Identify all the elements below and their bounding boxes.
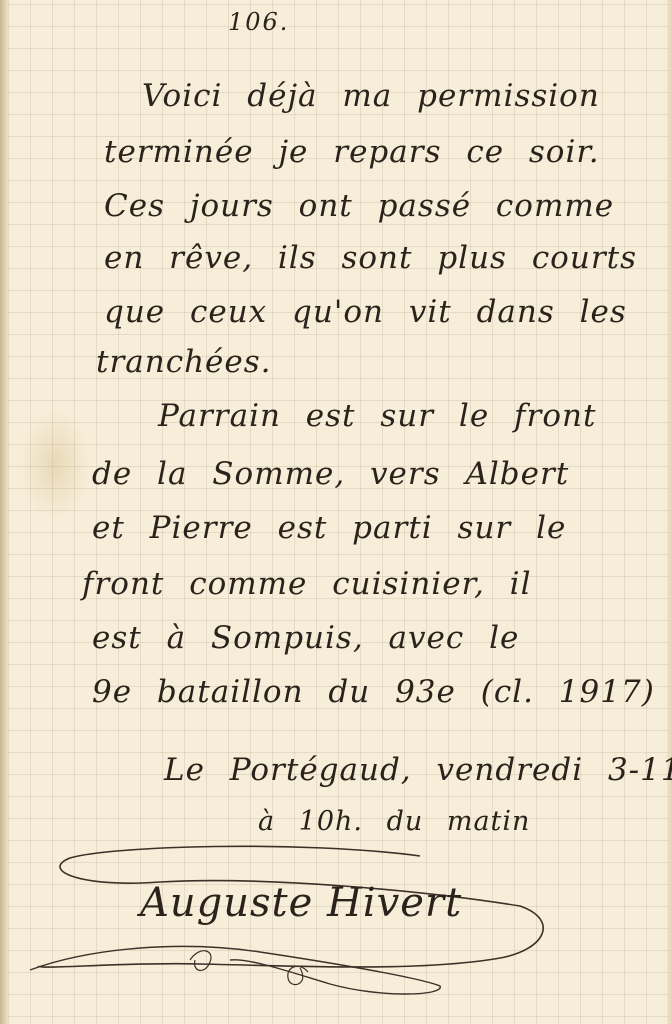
text-line: Parrain est sur le front xyxy=(158,398,596,434)
text-line: est à Sompuis, avec le xyxy=(92,620,519,656)
closing-time: à 10h. du matin xyxy=(258,806,530,837)
text-line: front comme cuisinier, il xyxy=(82,566,532,602)
text-line: terminée je repars ce soir. xyxy=(104,134,600,170)
paper-stain xyxy=(20,410,90,520)
signature: Auguste Hivert xyxy=(140,880,462,926)
text-line: 9e bataillon du 93e (cl. 1917) xyxy=(92,674,655,710)
page-number: 106. xyxy=(228,8,289,36)
text-line: et Pierre est parti sur le xyxy=(92,510,566,546)
text-line: Voici déjà ma permission xyxy=(142,78,600,114)
text-line: que ceux qu'on vit dans les xyxy=(104,294,627,330)
page-right-edge xyxy=(666,0,672,1024)
text-line: Ces jours ont passé comme xyxy=(104,188,614,224)
text-line: tranchées. xyxy=(96,344,272,380)
text-line: en rêve, ils sont plus courts xyxy=(104,240,637,276)
notebook-page: 106. Voici déjà ma permission terminée j… xyxy=(0,0,672,1024)
page-binding-edge xyxy=(0,0,10,1024)
text-line: de la Somme, vers Albert xyxy=(92,456,569,492)
closing-place-date: Le Portégaud, vendredi 3-11-16 xyxy=(164,752,672,788)
